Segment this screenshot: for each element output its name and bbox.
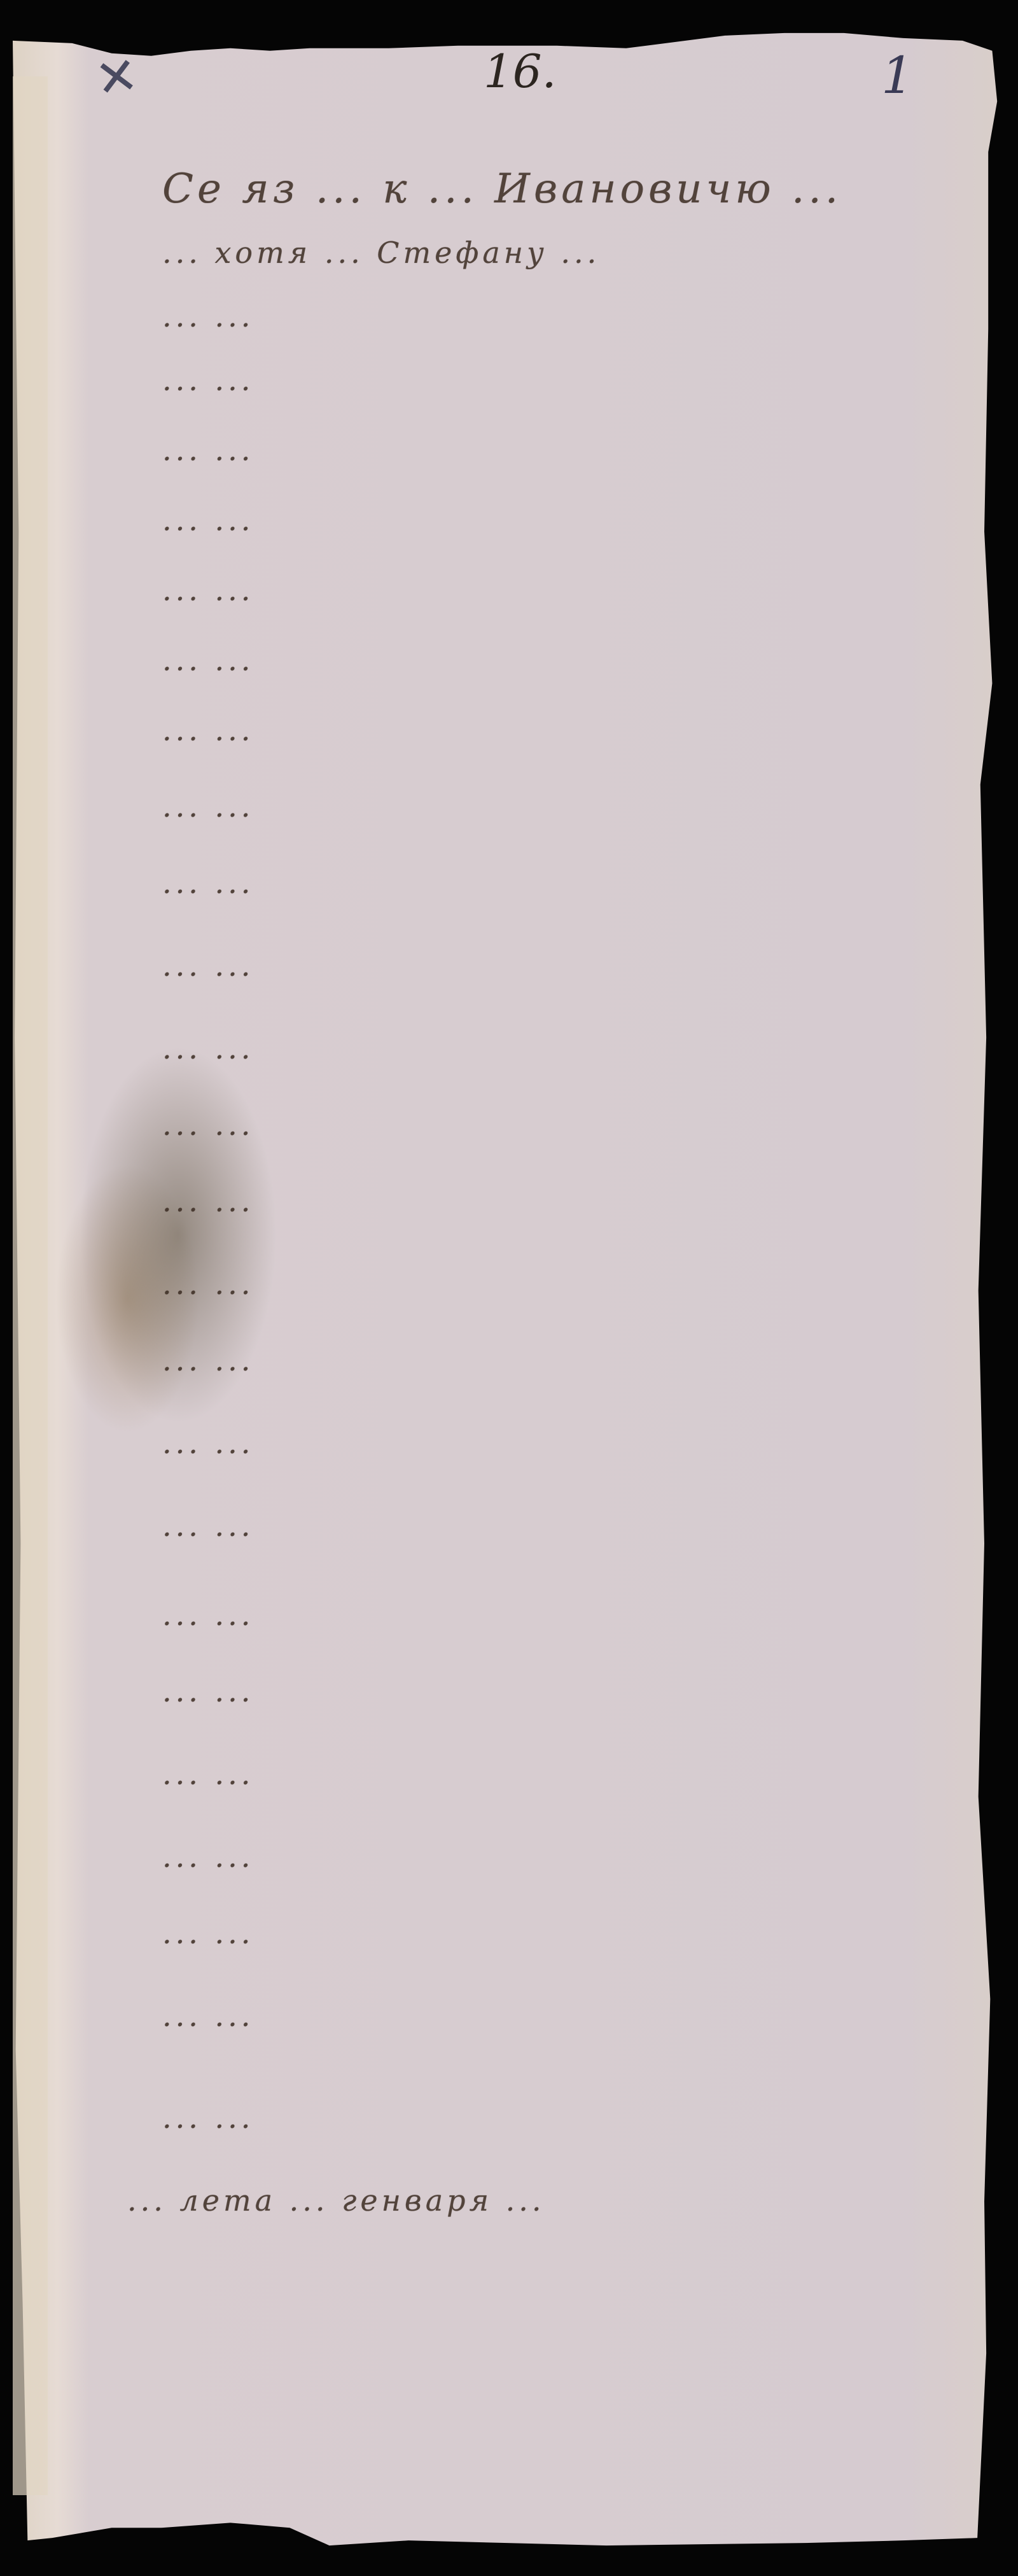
text-line: ... ... xyxy=(162,299,254,334)
text-line: ... ... xyxy=(162,1343,254,1377)
text-line: ... ... xyxy=(162,1916,254,1950)
text-line: ... ... xyxy=(162,2101,254,2135)
text-line: ... ... xyxy=(162,1184,254,1218)
text-line: ... ... xyxy=(162,713,254,747)
text-line: ... ... xyxy=(162,1999,254,2033)
text-line: ... ... xyxy=(162,1426,254,1460)
text-line: ... ... xyxy=(162,573,254,607)
text-line: ... ... xyxy=(162,503,254,537)
text-line: ... ... xyxy=(162,1757,254,1791)
text-line: ... ... xyxy=(162,1840,254,1874)
text-line: ... хотя ... Стефану ... xyxy=(162,236,600,270)
text-line: ... ... xyxy=(162,1108,254,1142)
text-line: ... ... xyxy=(162,1267,254,1301)
date-line: ... лета ... генваря ... xyxy=(127,2183,545,2218)
manuscript-text: Се яз ... к ... Ивановичю ... ... хотя .… xyxy=(0,0,1018,2576)
text-line: ... ... xyxy=(162,789,254,824)
text-line: ... ... xyxy=(162,1031,254,1066)
text-line: Се яз ... к ... Ивановичю ... xyxy=(162,165,842,213)
text-line: ... ... xyxy=(162,1674,254,1708)
text-line: ... ... xyxy=(162,643,254,677)
text-line: ... ... xyxy=(162,948,254,983)
text-line: ... ... xyxy=(162,363,254,397)
text-line: ... ... xyxy=(162,866,254,900)
text-line: ... ... xyxy=(162,1509,254,1543)
text-line: ... ... xyxy=(162,1598,254,1632)
text-line: ... ... xyxy=(162,433,254,467)
